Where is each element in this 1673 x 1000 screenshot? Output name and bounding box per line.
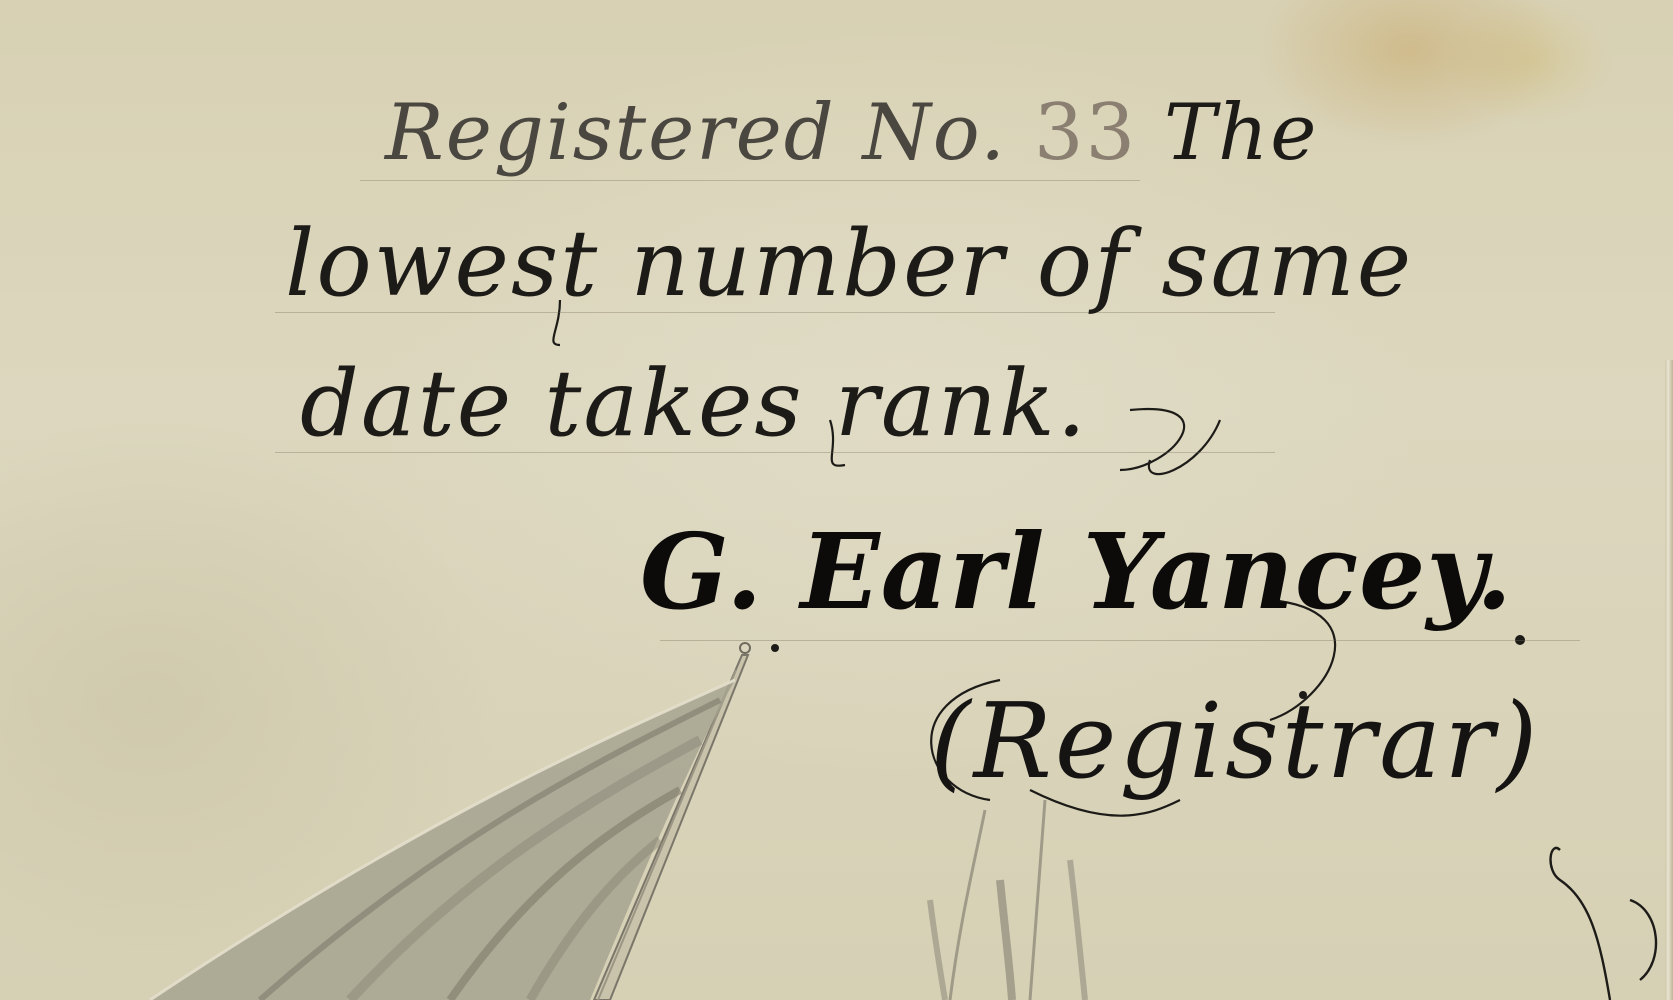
ruled-line [660, 640, 1580, 641]
registered-label: Registered No. [385, 88, 1007, 178]
the-word: The [1164, 88, 1318, 178]
engraving-sketch-icon [930, 800, 1085, 1000]
document-page: Registered No. 33 The lowest number of s… [0, 0, 1673, 1000]
flag-icon [150, 680, 735, 1000]
lowest-number-line: lowest number of same [285, 210, 1413, 317]
registrar-signature: G. Earl Yancey. [640, 510, 1513, 633]
flag-staff-icon [594, 643, 750, 1000]
registered-number-line: Registered No. 33 The [385, 88, 1318, 178]
registrar-title: (Registrar) [930, 680, 1540, 802]
ruled-line [360, 180, 1140, 181]
registration-number: 33 [1034, 88, 1137, 178]
page-edge [1665, 360, 1673, 1000]
takes-rank-line: date takes rank. [300, 350, 1088, 457]
ink-dot-icon [771, 644, 779, 652]
margin-script-fragment-icon [1551, 848, 1656, 1000]
